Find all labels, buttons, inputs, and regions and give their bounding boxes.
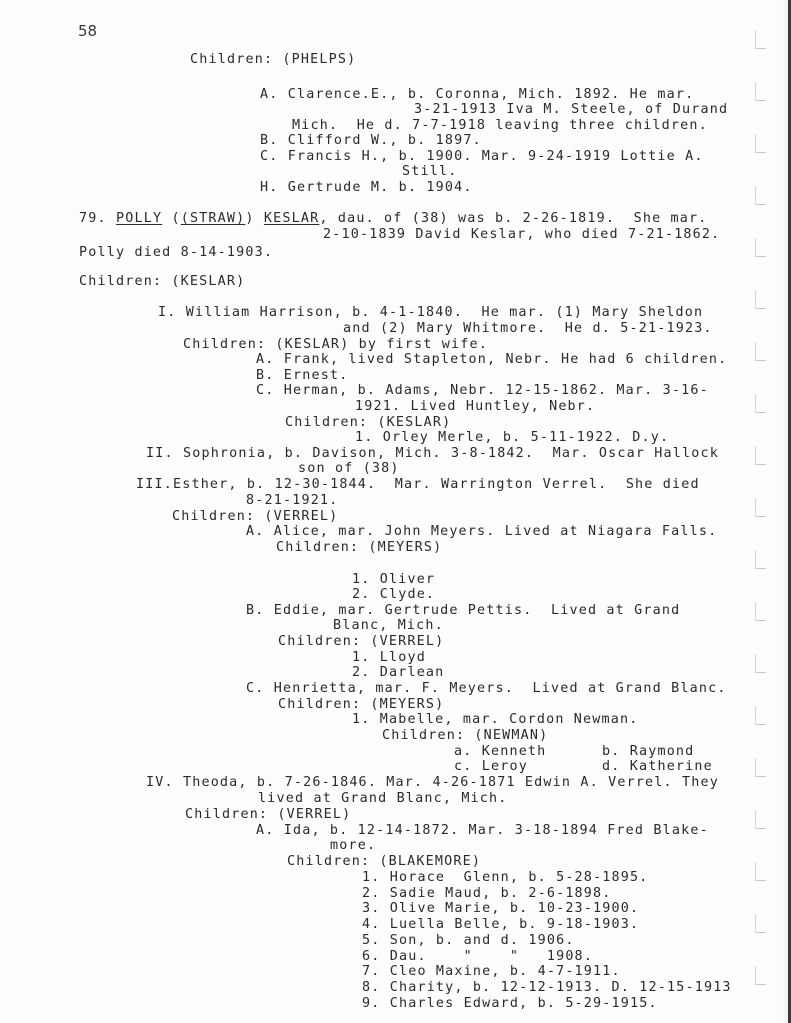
keslar-line: 6. Dau. " " 1908. (362, 949, 593, 964)
entry-maiden-name-text: (STRAW) (181, 211, 246, 226)
entry-79-death: Polly died 8-14-1903. (79, 245, 273, 260)
phelps-line: Still. (402, 164, 457, 179)
keslar-line: 3. Olive Marie, b. 10-23-1900. (362, 901, 639, 916)
binding-tick-mark (755, 862, 766, 881)
keslar-line: I. William Harrison, b. 4-1-1840. He mar… (158, 305, 703, 320)
binding-tick-mark (755, 290, 766, 309)
keslar-line: C. Herman, b. Adams, Nebr. 12-15-1862. M… (256, 383, 709, 398)
keslar-line: 2. Sadie Maud, b. 2-6-1898. (362, 886, 612, 901)
keslar-line: 2. Darlean (352, 665, 444, 680)
keslar-line: A. Alice, mar. John Meyers. Lived at Nia… (246, 524, 717, 539)
keslar-line: B. Ernest. (256, 368, 348, 383)
binding-tick-mark (755, 342, 766, 361)
entry-79-children-header: Children: (KESLAR) (79, 274, 245, 289)
entry-79-line2: 2-10-1839 David Keslar, who died 7-21-18… (323, 227, 720, 242)
keslar-line: Children: (VERREL) (278, 634, 444, 649)
entry-maiden-name: ((STRAW)) (171, 211, 254, 226)
keslar-line: 5. Son, b. and d. 1906. (362, 933, 575, 948)
binding-tick-mark (755, 498, 766, 517)
keslar-line: III.Esther, b. 12-30-1844. Mar. Warringt… (136, 477, 700, 492)
keslar-line: A. Ida, b. 12-14-1872. Mar. 3-18-1894 Fr… (256, 823, 709, 838)
keslar-line: Children: (VERREL) (185, 807, 351, 822)
keslar-line: 8-21-1921. (246, 493, 338, 508)
keslar-line: a. Kenneth (454, 744, 546, 759)
keslar-line: 7. Cleo Maxine, b. 4-7-1911. (362, 964, 621, 979)
binding-tick-mark (755, 706, 766, 725)
binding-tick-mark (755, 810, 766, 829)
phelps-line: A. Clarence.E., b. Coronna, Mich. 1892. … (260, 87, 694, 102)
keslar-line: 1921. Lived Huntley, Nebr. (355, 399, 595, 414)
binding-tick-mark (755, 758, 766, 777)
binding-tick-mark (755, 550, 766, 569)
keslar-line: Children: (VERREL) (172, 509, 338, 524)
entry-line1-rest: , dau. of (38) was b. 2-26-1819. She mar… (319, 211, 707, 226)
binding-tick-mark (755, 394, 766, 413)
keslar-line: Children: (MEYERS) (276, 540, 442, 555)
keslar-line: Children: (MEYERS) (278, 697, 444, 712)
keslar-line: Children: (NEWMAN) (382, 728, 548, 743)
phelps-children-header: Children: (PHELPS) (190, 52, 356, 67)
phelps-line: B. Clifford W., b. 1897. (260, 133, 482, 148)
binding-tick-mark (755, 966, 766, 985)
binding-tick-mark (755, 30, 766, 49)
keslar-line: 9. Charles Edward, b. 5-29-1915. (362, 996, 658, 1011)
keslar-line: 1. Lloyd (352, 650, 426, 665)
binding-tick-mark (755, 134, 766, 153)
keslar-line: 1. Mabelle, mar. Cordon Newman. (352, 712, 639, 727)
keslar-line: II. Sophronia, b. Davison, Mich. 3-8-184… (146, 446, 719, 461)
keslar-line: 2. Clyde. (352, 587, 435, 602)
phelps-line: H. Gertrude M. b. 1904. (260, 180, 473, 195)
keslar-line: lived at Grand Blanc, Mich. (258, 791, 508, 806)
document-page: 58 Children: (PHELPS) A. Clarence.E., b.… (0, 0, 791, 1023)
phelps-line: Mich. He d. 7-7-1918 leaving three child… (292, 118, 708, 133)
binding-tick-mark (755, 602, 766, 621)
keslar-line: Children: (BLAKEMORE) (287, 854, 481, 869)
keslar-line: b. Raymond (602, 744, 694, 759)
binding-tick-mark (755, 446, 766, 465)
keslar-line: A. Frank, lived Stapleton, Nebr. He had … (256, 352, 727, 367)
keslar-line: more. (330, 838, 376, 853)
keslar-line: Children: (KESLAR) (285, 415, 451, 430)
keslar-line: Blanc, Mich. (333, 618, 444, 633)
phelps-line: 3-21-1913 Iva M. Steele, of Durand (414, 102, 728, 117)
binding-tick-mark (755, 914, 766, 933)
entry-first-name: POLLY (116, 211, 162, 226)
keslar-line: IV. Theoda, b. 7-26-1846. Mar. 4-26-1871… (146, 775, 719, 790)
binding-tick-mark (755, 238, 766, 257)
keslar-line: d. Katherine (602, 759, 713, 774)
phelps-line: C. Francis H., b. 1900. Mar. 9-24-1919 L… (260, 149, 704, 164)
entry-last-name: KESLAR (264, 211, 319, 226)
keslar-line: Children: (KESLAR) by first wife. (183, 337, 488, 352)
keslar-line: c. Leroy (454, 759, 528, 774)
keslar-line: B. Eddie, mar. Gertrude Pettis. Lived at… (246, 603, 680, 618)
keslar-line: C. Henrietta, mar. F. Meyers. Lived at G… (246, 681, 727, 696)
page-number: 58 (78, 22, 97, 40)
binding-tick-mark (755, 654, 766, 673)
binding-tick-mark (755, 82, 766, 101)
entry-79-heading: 79. POLLY ((STRAW)) KESLAR, dau. of (38)… (79, 211, 708, 226)
keslar-line: 1. Horace Glenn, b. 5-28-1895. (362, 870, 649, 885)
keslar-line: 1. Oliver (352, 572, 435, 587)
keslar-line: 4. Luella Belle, b. 9-18-1903. (362, 917, 639, 932)
keslar-line: 1. Orley Merle, b. 5-11-1922. D.y. (355, 430, 669, 445)
entry-number: 79. (79, 211, 107, 226)
keslar-line: and (2) Mary Whitmore. He d. 5-21-1923. (343, 321, 713, 336)
keslar-line: 8. Charity, b. 12-12-1913. D. 12-15-1913 (362, 980, 732, 995)
keslar-line: son of (38) (298, 461, 400, 476)
binding-tick-mark (755, 186, 766, 205)
